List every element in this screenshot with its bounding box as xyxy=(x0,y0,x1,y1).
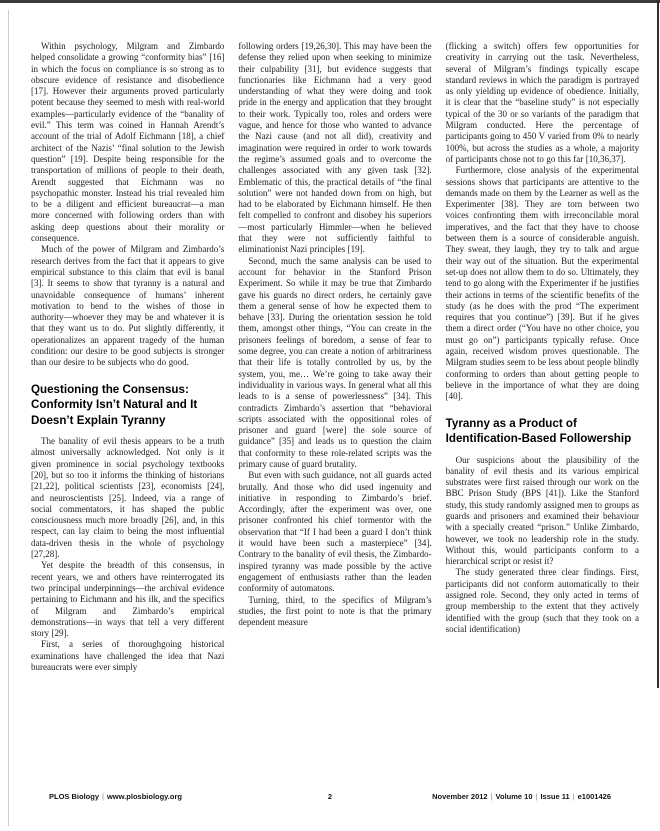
section-heading: Questioning the Consensus: Conformity Is… xyxy=(31,382,224,429)
footer-issue-info: November 2012|Volume 10|Issue 11|e100142… xyxy=(432,792,611,801)
paragraph: Within psychology, Milgram and Zimbardo … xyxy=(31,41,224,244)
footer-separator: | xyxy=(488,792,496,801)
footer-separator: | xyxy=(570,792,578,801)
footer-text-segment: Issue 11 xyxy=(540,792,569,801)
paragraph: First, a series of thoroughgoing histori… xyxy=(31,639,224,673)
paragraph: Our suspicions about the plausibility of… xyxy=(446,455,639,568)
scan-right-edge xyxy=(657,0,659,688)
paragraph: Yet despite the breadth of this consensu… xyxy=(31,560,224,639)
section-heading: Tyranny as a Product of Identification-B… xyxy=(446,416,639,447)
footer-text-segment: Volume 10 xyxy=(496,792,533,801)
journal-article-page: Within psychology, Milgram and Zimbardo … xyxy=(0,0,660,831)
footer-text-segment: November 2012 xyxy=(432,792,487,801)
paragraph: But even with such guidance, not all gua… xyxy=(238,470,431,594)
paragraph: Turning, third, to the specifics of Milg… xyxy=(238,595,431,629)
paragraph: (flicking a switch) offers few opportuni… xyxy=(446,41,639,165)
column-2: following orders [19,26,30]. This may ha… xyxy=(238,41,431,673)
paragraph: Much of the power of Milgram and Zimbard… xyxy=(31,244,224,368)
footer-text-segment: e1001426 xyxy=(578,792,611,801)
page-footer: PLOS Biology|www.plosbiology.org 2 Novem… xyxy=(49,792,611,804)
article-body: Within psychology, Milgram and Zimbardo … xyxy=(31,41,639,673)
paragraph: The study generated three clear findings… xyxy=(446,567,639,635)
paragraph: Furthermore, close analysis of the exper… xyxy=(446,165,639,402)
paragraph: The banality of evil thesis appears to b… xyxy=(31,436,224,560)
column-1: Within psychology, Milgram and Zimbardo … xyxy=(31,41,224,673)
paragraph: following orders [19,26,30]. This may ha… xyxy=(238,41,431,256)
page-left-edge xyxy=(8,10,9,826)
column-3: (flicking a switch) offers few opportuni… xyxy=(446,41,639,673)
scan-top-edge xyxy=(0,0,660,3)
paragraph: Second, much the same analysis can be us… xyxy=(238,256,431,471)
